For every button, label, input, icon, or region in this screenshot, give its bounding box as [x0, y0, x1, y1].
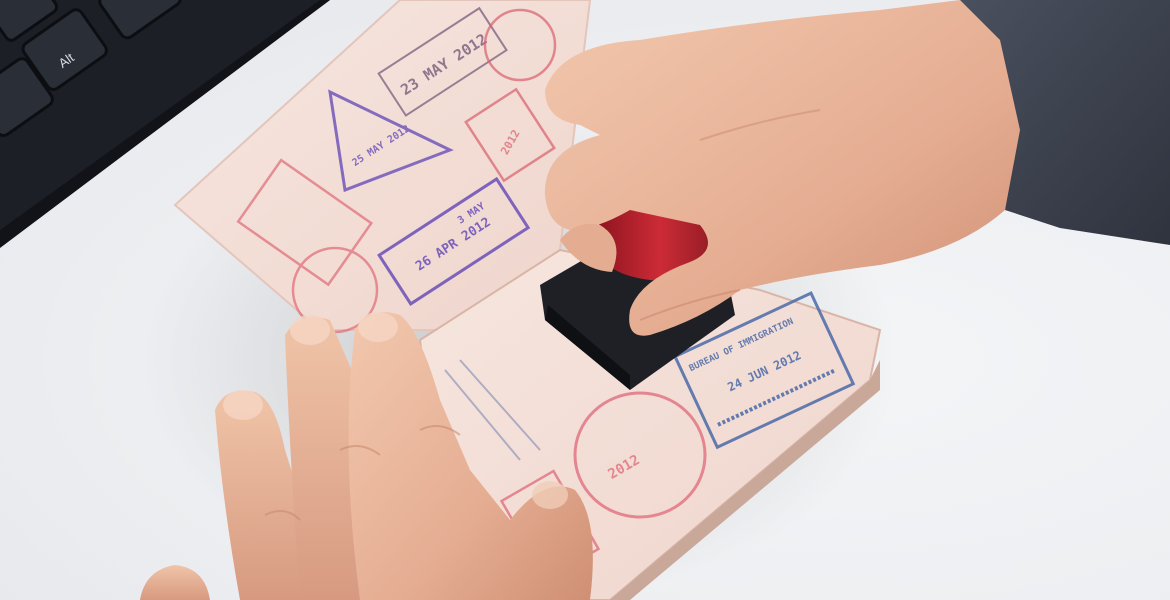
scene-illustration: Alt 23 MAY 2012 25 MAY 2012 26 APR 2012 …	[0, 0, 1170, 600]
photo-scene: Alt 23 MAY 2012 25 MAY 2012 26 APR 2012 …	[0, 0, 1170, 600]
